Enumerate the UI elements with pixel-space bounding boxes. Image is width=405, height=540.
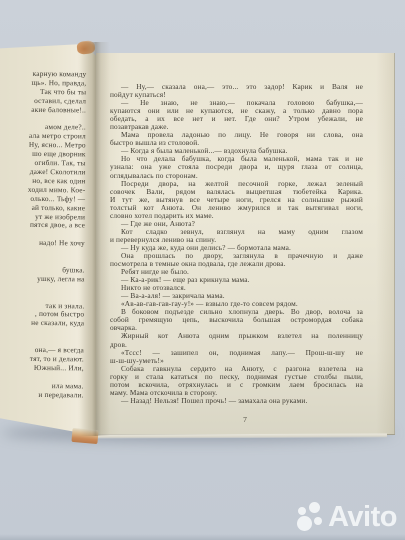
text-line: потом вскочила, отряхнулась и с громким … (110, 381, 363, 389)
text-line: Никто не отозвался. (110, 284, 363, 292)
text-line: «Ав-ав-гав-гав-гау-у!» — взвыло где-то с… (110, 300, 363, 308)
text-line: купаются они или не купаются, не скажу, … (110, 107, 363, 115)
text-line: «Тссс! — зашипел он, поднимая лапу.— Про… (110, 349, 363, 357)
text-line: дров. (110, 341, 363, 349)
text-line: обедать, а их все нет и нет. Где они? Ут… (110, 115, 363, 123)
text-line: — Ну,— сказала она,— это... это задор! К… (110, 83, 363, 91)
text-line: — Ну куда же, куда они делись? — бормота… (110, 244, 363, 252)
text-line: Жирный кот Анюта одним прыжком взлетел н… (110, 332, 363, 340)
text-line: горку и стала кататься по песку, поднима… (110, 373, 363, 381)
left-page: карную командущь». Но, правда,Так что бы… (0, 44, 98, 436)
text-line: Но что делала бабушка, когда была малень… (110, 155, 363, 163)
text-line: И тут же, вытянув все четыре ноги, грелс… (110, 196, 363, 204)
spine-top-binding (76, 40, 95, 55)
text-line: совочек Вали, рядом валялась выцветшая т… (110, 188, 363, 196)
text-line: толстый кот Анюта. Он лениво жмурился и … (110, 204, 363, 212)
text-line: посмотрела в темные окна подвала, где ле… (110, 260, 363, 268)
photo-of-open-book: карную командущь». Но, правда,Так что бы… (0, 0, 405, 540)
text-line: — Где же они, Анюта? (110, 220, 363, 228)
text-line: Она прошлась по двору, заглянула в праче… (110, 252, 363, 260)
text-line: пойдут купаться! (110, 91, 363, 99)
text-line: овчарка. (110, 324, 363, 332)
avito-logo-icon (297, 501, 324, 532)
photo-bottom-edge (0, 534, 405, 540)
text-line: позавтракав даже. (110, 123, 363, 131)
avito-wordmark: Avito (328, 503, 397, 532)
text-line: оглядывалась по сторонам. (110, 172, 363, 180)
text-line: Посреди двора, на желтой песочной горке,… (110, 180, 363, 188)
text-line: быстро вышла из столовой. (110, 139, 363, 147)
text-line-fragment: и передавали. (0, 390, 84, 400)
left-page-text: карную командущь». Но, правда,Так что бы… (0, 70, 86, 400)
text-line: узнала: она уже стояла посреди двора и, … (110, 163, 363, 171)
text-line: словно хотел подарить их маме. (110, 212, 363, 220)
page-number: 7 (96, 415, 394, 424)
avito-watermark: Avito (297, 501, 397, 532)
text-line: — Назад! Нельзя! Пошел прочь! — замахала… (110, 397, 363, 405)
text-line: маму. Мама отскочила в сторону. (110, 389, 363, 397)
right-page: — Ну,— сказала она,— это... это задор! К… (96, 53, 395, 434)
text-line: ш-ш-шу-уметь!» (110, 357, 363, 365)
right-page-text: — Ну,— сказала она,— это... это задор! К… (110, 83, 363, 405)
text-line: — Ка-а-рик! — еще раз крикнула мама. (110, 276, 363, 284)
text-line: собой гремящую цепь, выскочила большая о… (110, 316, 363, 324)
text-line: Кот сладко зевнул, взглянул на маму одни… (110, 228, 363, 236)
text-line: — Не знаю, не знаю,— покачала головою ба… (110, 99, 363, 107)
spine-bottom-binding (71, 428, 98, 444)
text-line: В боковом подъезде сильно хлопнула дверь… (110, 308, 363, 316)
text-line: — Ва-а-аля! — закричала мама. (110, 292, 363, 300)
text-line: и перевернулся лениво на спину. (110, 236, 363, 244)
text-line: Собака гавкнула сердито на Анюту, с разг… (110, 365, 363, 373)
text-line: Мама провела ладонью по лицу. Не говоря … (110, 131, 363, 139)
text-line: — Когда я была маленькой...— вздохнула б… (110, 147, 363, 155)
text-line: Ребят нигде не было. (110, 268, 363, 276)
